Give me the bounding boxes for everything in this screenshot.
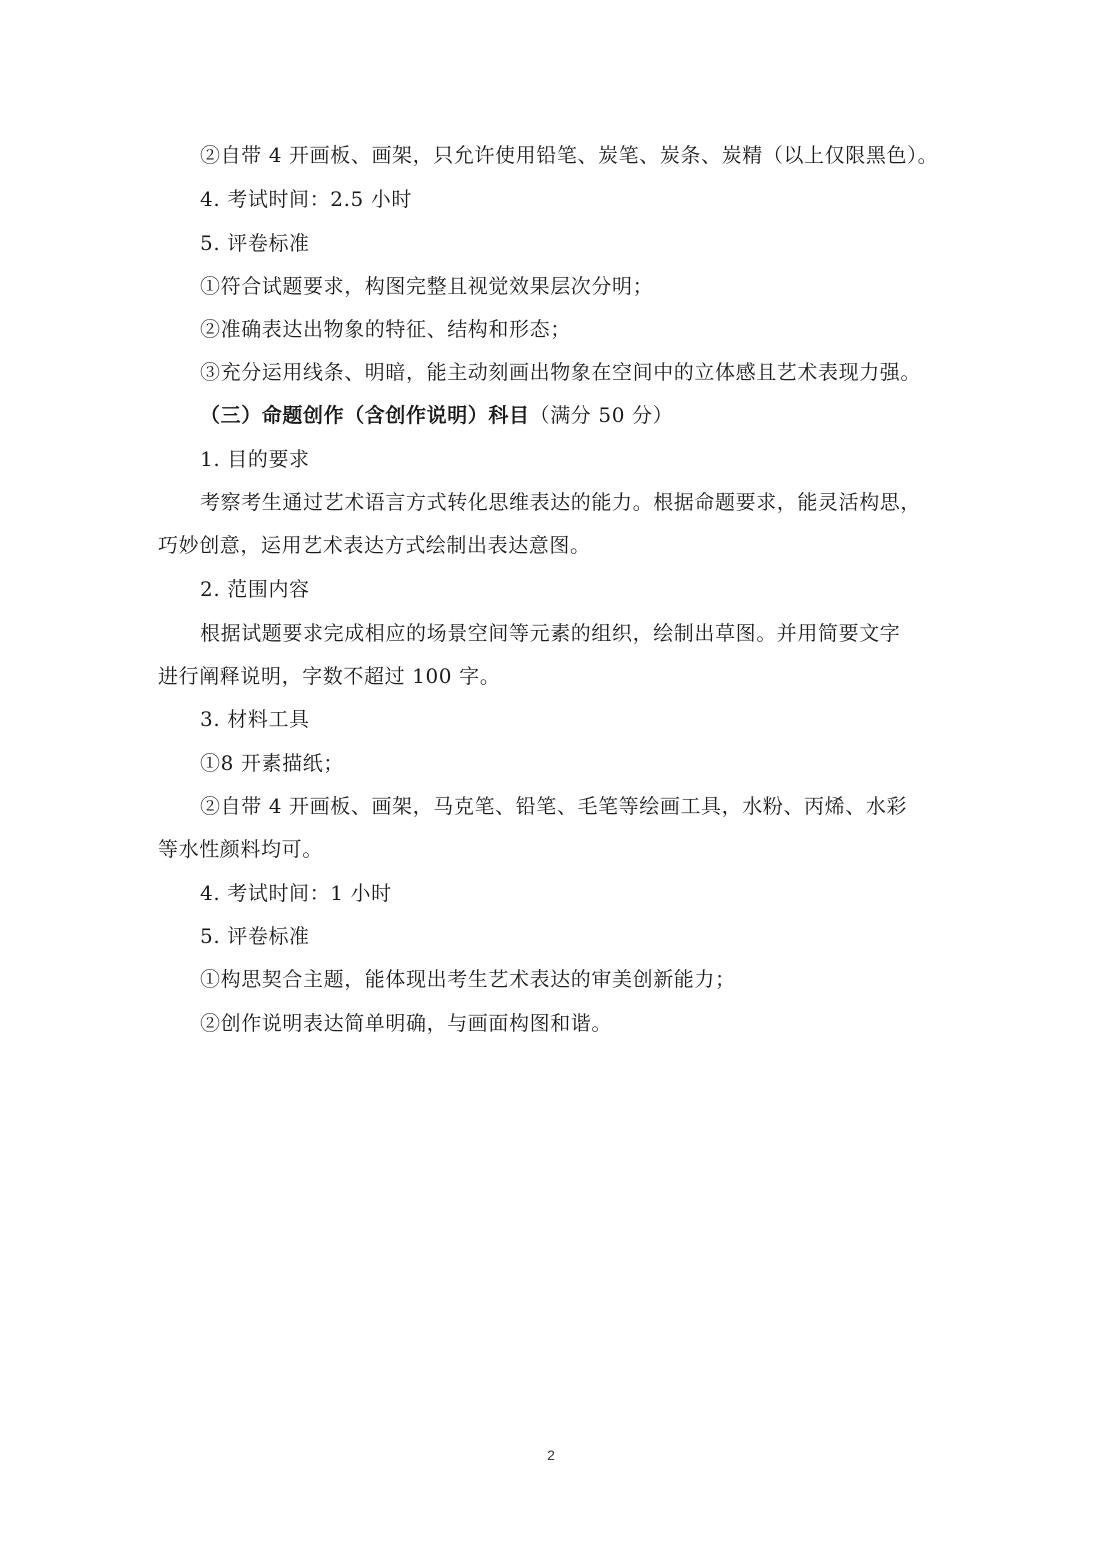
section-heading: （三）命题创作（含创作说明）科目（满分 50 分） — [200, 400, 990, 430]
section-heading-score: （满分 50 分） — [530, 403, 674, 427]
page-number: 2 — [0, 1447, 1102, 1463]
purpose-paragraph-line-2: 巧妙创意，运用艺术表达方式绘制出表达意图。 — [158, 530, 948, 560]
grading-standard-heading-2: 5. 评卷标准 — [200, 921, 990, 951]
grading-item-creative-1: ①构思契合主题，能体现出考生艺术表达的审美创新能力； — [200, 964, 990, 994]
section-heading-title: （三）命题创作（含创作说明）科目 — [200, 403, 530, 427]
exam-time: 4. 考试时间：2.5 小时 — [200, 184, 990, 214]
grading-item-2: ②准确表达出物象的特征、结构和形态； — [200, 314, 990, 344]
purpose-paragraph-line-1: 考察考生通过艺术语言方式转化思维表达的能力。根据命题要求，能灵活构思， — [200, 487, 948, 517]
material-item-2: ②自带 4 开画板、画架，只允许使用铅笔、炭笔、炭条、炭精（以上仅限黑色）。 — [200, 140, 990, 170]
scope-paragraph-line-2: 进行阐释说明，字数不超过 100 字。 — [158, 661, 948, 691]
grading-item-creative-2: ②创作说明表达简单明确，与画面构图和谐。 — [200, 1008, 990, 1038]
materials-item-2-line-1: ②自带 4 开画板、画架，马克笔、铅笔、毛笔等绘画工具，水粉、丙烯、水彩 — [200, 791, 948, 821]
grading-item-3: ③充分运用线条、明暗，能主动刻画出物象在空间中的立体感且艺术表现力强。 — [200, 357, 990, 387]
materials-item-1: ①8 开素描纸； — [200, 748, 990, 778]
grading-item-1: ①符合试题要求，构图完整且视觉效果层次分明； — [200, 271, 990, 301]
materials-item-2-line-2: 等水性颜料均可。 — [158, 834, 948, 864]
scope-heading: 2. 范围内容 — [200, 574, 990, 604]
document-page: ②自带 4 开画板、画架，只允许使用铅笔、炭笔、炭条、炭精（以上仅限黑色）。 4… — [0, 0, 1102, 1559]
grading-standard-heading: 5. 评卷标准 — [200, 228, 990, 258]
materials-heading: 3. 材料工具 — [200, 704, 990, 734]
scope-paragraph-line-1: 根据试题要求完成相应的场景空间等元素的组织，绘制出草图。并用简要文字 — [200, 618, 948, 648]
exam-time-2: 4. 考试时间：1 小时 — [200, 878, 990, 908]
purpose-heading: 1. 目的要求 — [200, 444, 990, 474]
